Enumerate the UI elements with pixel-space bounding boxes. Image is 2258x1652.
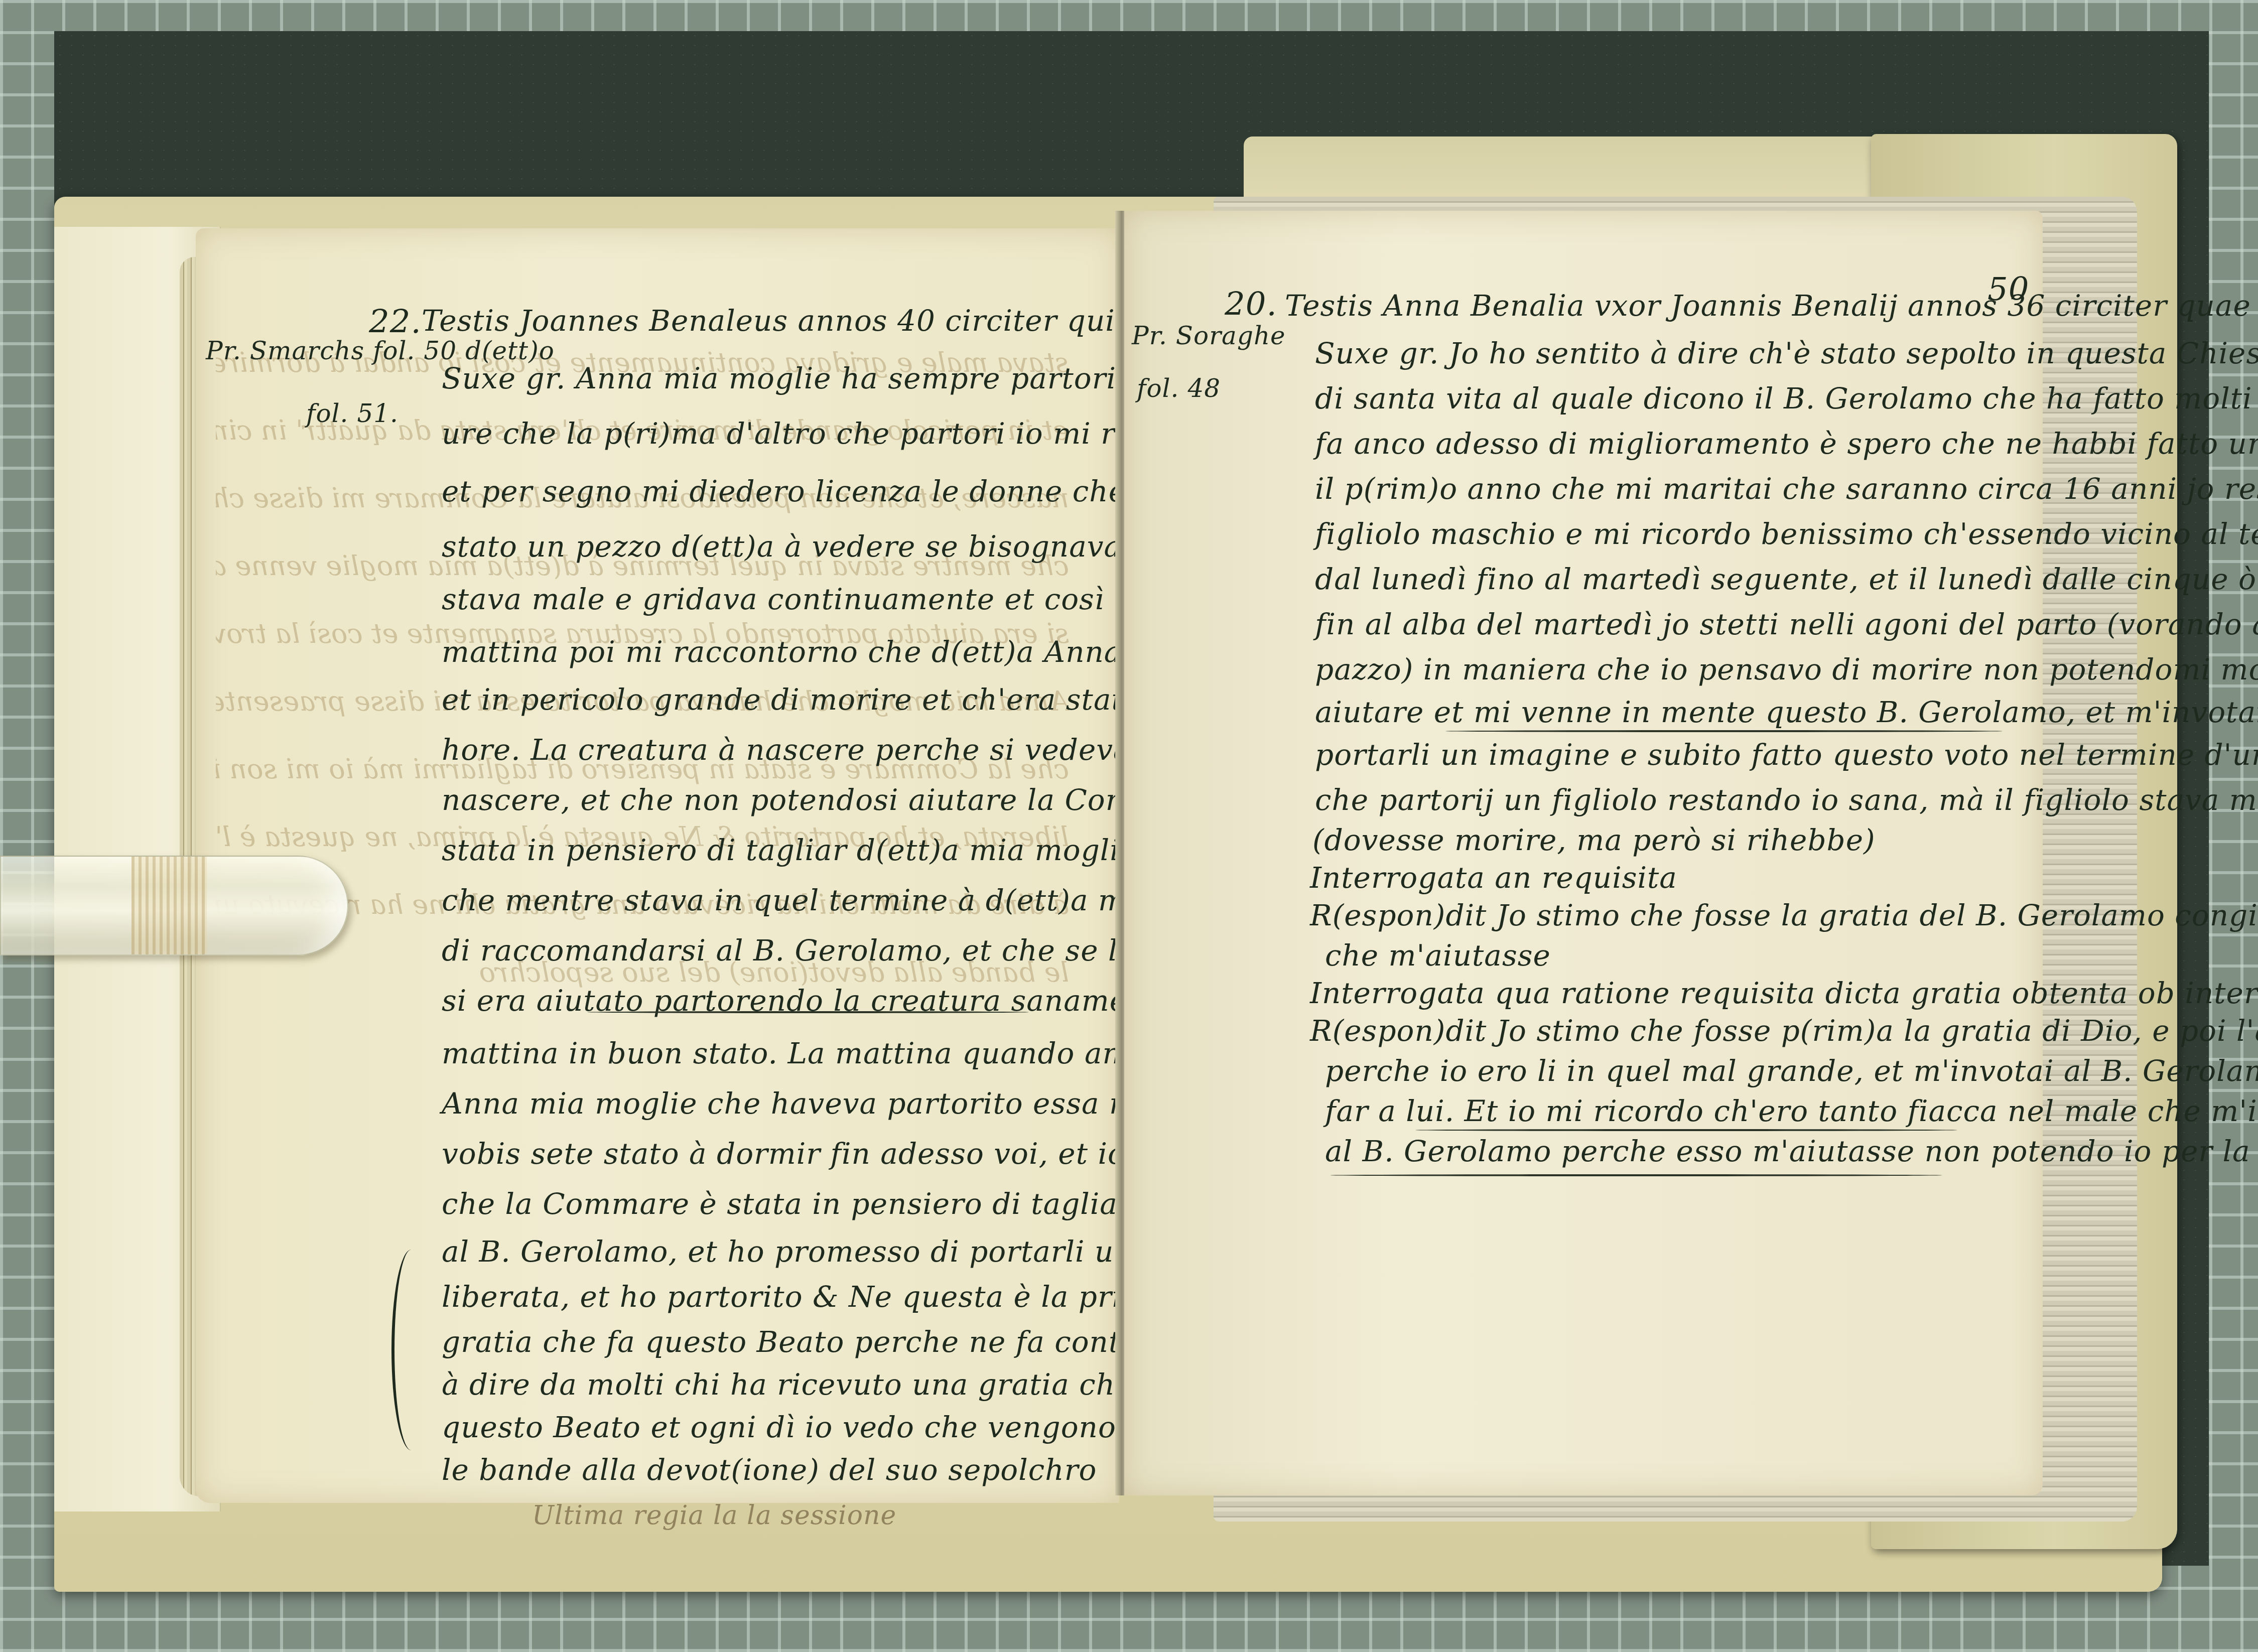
right-margin-note-1: Pr. Soraghe — [1132, 321, 1286, 350]
left-margin-note-2: fol. 51. — [306, 399, 399, 428]
right-line-17: Interrogata qua ratione requisita dicta … — [1310, 976, 2258, 1010]
right-line-21: al B. Gerolamo perche esso m'aiutasse no… — [1325, 1134, 2258, 1168]
right-line-1: Testis Anna Benalia vxor Joannis Benalij… — [1285, 289, 2258, 323]
right-line-14: Interrogata an requisita — [1310, 861, 1677, 895]
right-line-12: che partorij un figliolo restando io san… — [1315, 783, 2258, 817]
right-line-13: (dovesse morire, ma però si rihebbe) — [1312, 823, 1876, 857]
left-entry-number: 22. — [369, 304, 422, 341]
right-line-7: dal lunedì fino al martedì seguente, et … — [1315, 562, 2258, 596]
left-line-24: le bande alla devot(ione) del suo sepolc… — [442, 1453, 1097, 1487]
right-entry-number: 20. — [1225, 286, 1277, 323]
left-underline — [587, 1011, 1029, 1013]
right-line-2: Suxe gr. Jo ho sentito à dire ch'è stato… — [1315, 336, 2258, 370]
right-line-15: R(espon)dit Jo stimo che fosse la gratia… — [1310, 898, 2258, 932]
right-line-18: R(espon)dit Jo stimo che fosse p(rim)a l… — [1310, 1014, 2258, 1048]
right-margin-note-2: fol. 48 — [1137, 374, 1221, 403]
right-line-8: fin al alba del martedì jo stetti nelli … — [1315, 607, 2258, 641]
left-footer-faded: Ultima regia la la sessione — [532, 1500, 896, 1531]
right-line-20: far a lui. Et io mi ricordo ch'ero tanto… — [1325, 1094, 2258, 1128]
right-underline-3 — [1330, 1174, 1942, 1176]
glass-weight-rod — [0, 856, 348, 955]
right-line-10: aiutare et mi venne in mente questo B. G… — [1315, 695, 2258, 729]
right-line-19: perche io ero li in quel mal grande, et … — [1325, 1054, 2258, 1088]
right-underline-1 — [1445, 730, 2003, 732]
right-line-16: che m'aiutasse — [1325, 938, 1551, 973]
right-line-3: di santa vita al quale dicono il B. Gero… — [1315, 381, 2258, 416]
right-line-11: portarli un imagine e subito fatto quest… — [1315, 738, 2258, 772]
page-edges-through-glass — [131, 857, 207, 954]
right-line-4: fa anco adesso di miglioramento è spero … — [1315, 427, 2258, 461]
right-line-6: figliolo maschio e mi ricordo benissimo … — [1315, 517, 2258, 551]
right-line-9: pazzo) in maniera che io pensavo di mori… — [1315, 652, 2258, 686]
right-underline-2 — [1415, 1129, 1957, 1131]
right-line-5: il p(rim)o anno che mi maritai che saran… — [1315, 472, 2258, 506]
